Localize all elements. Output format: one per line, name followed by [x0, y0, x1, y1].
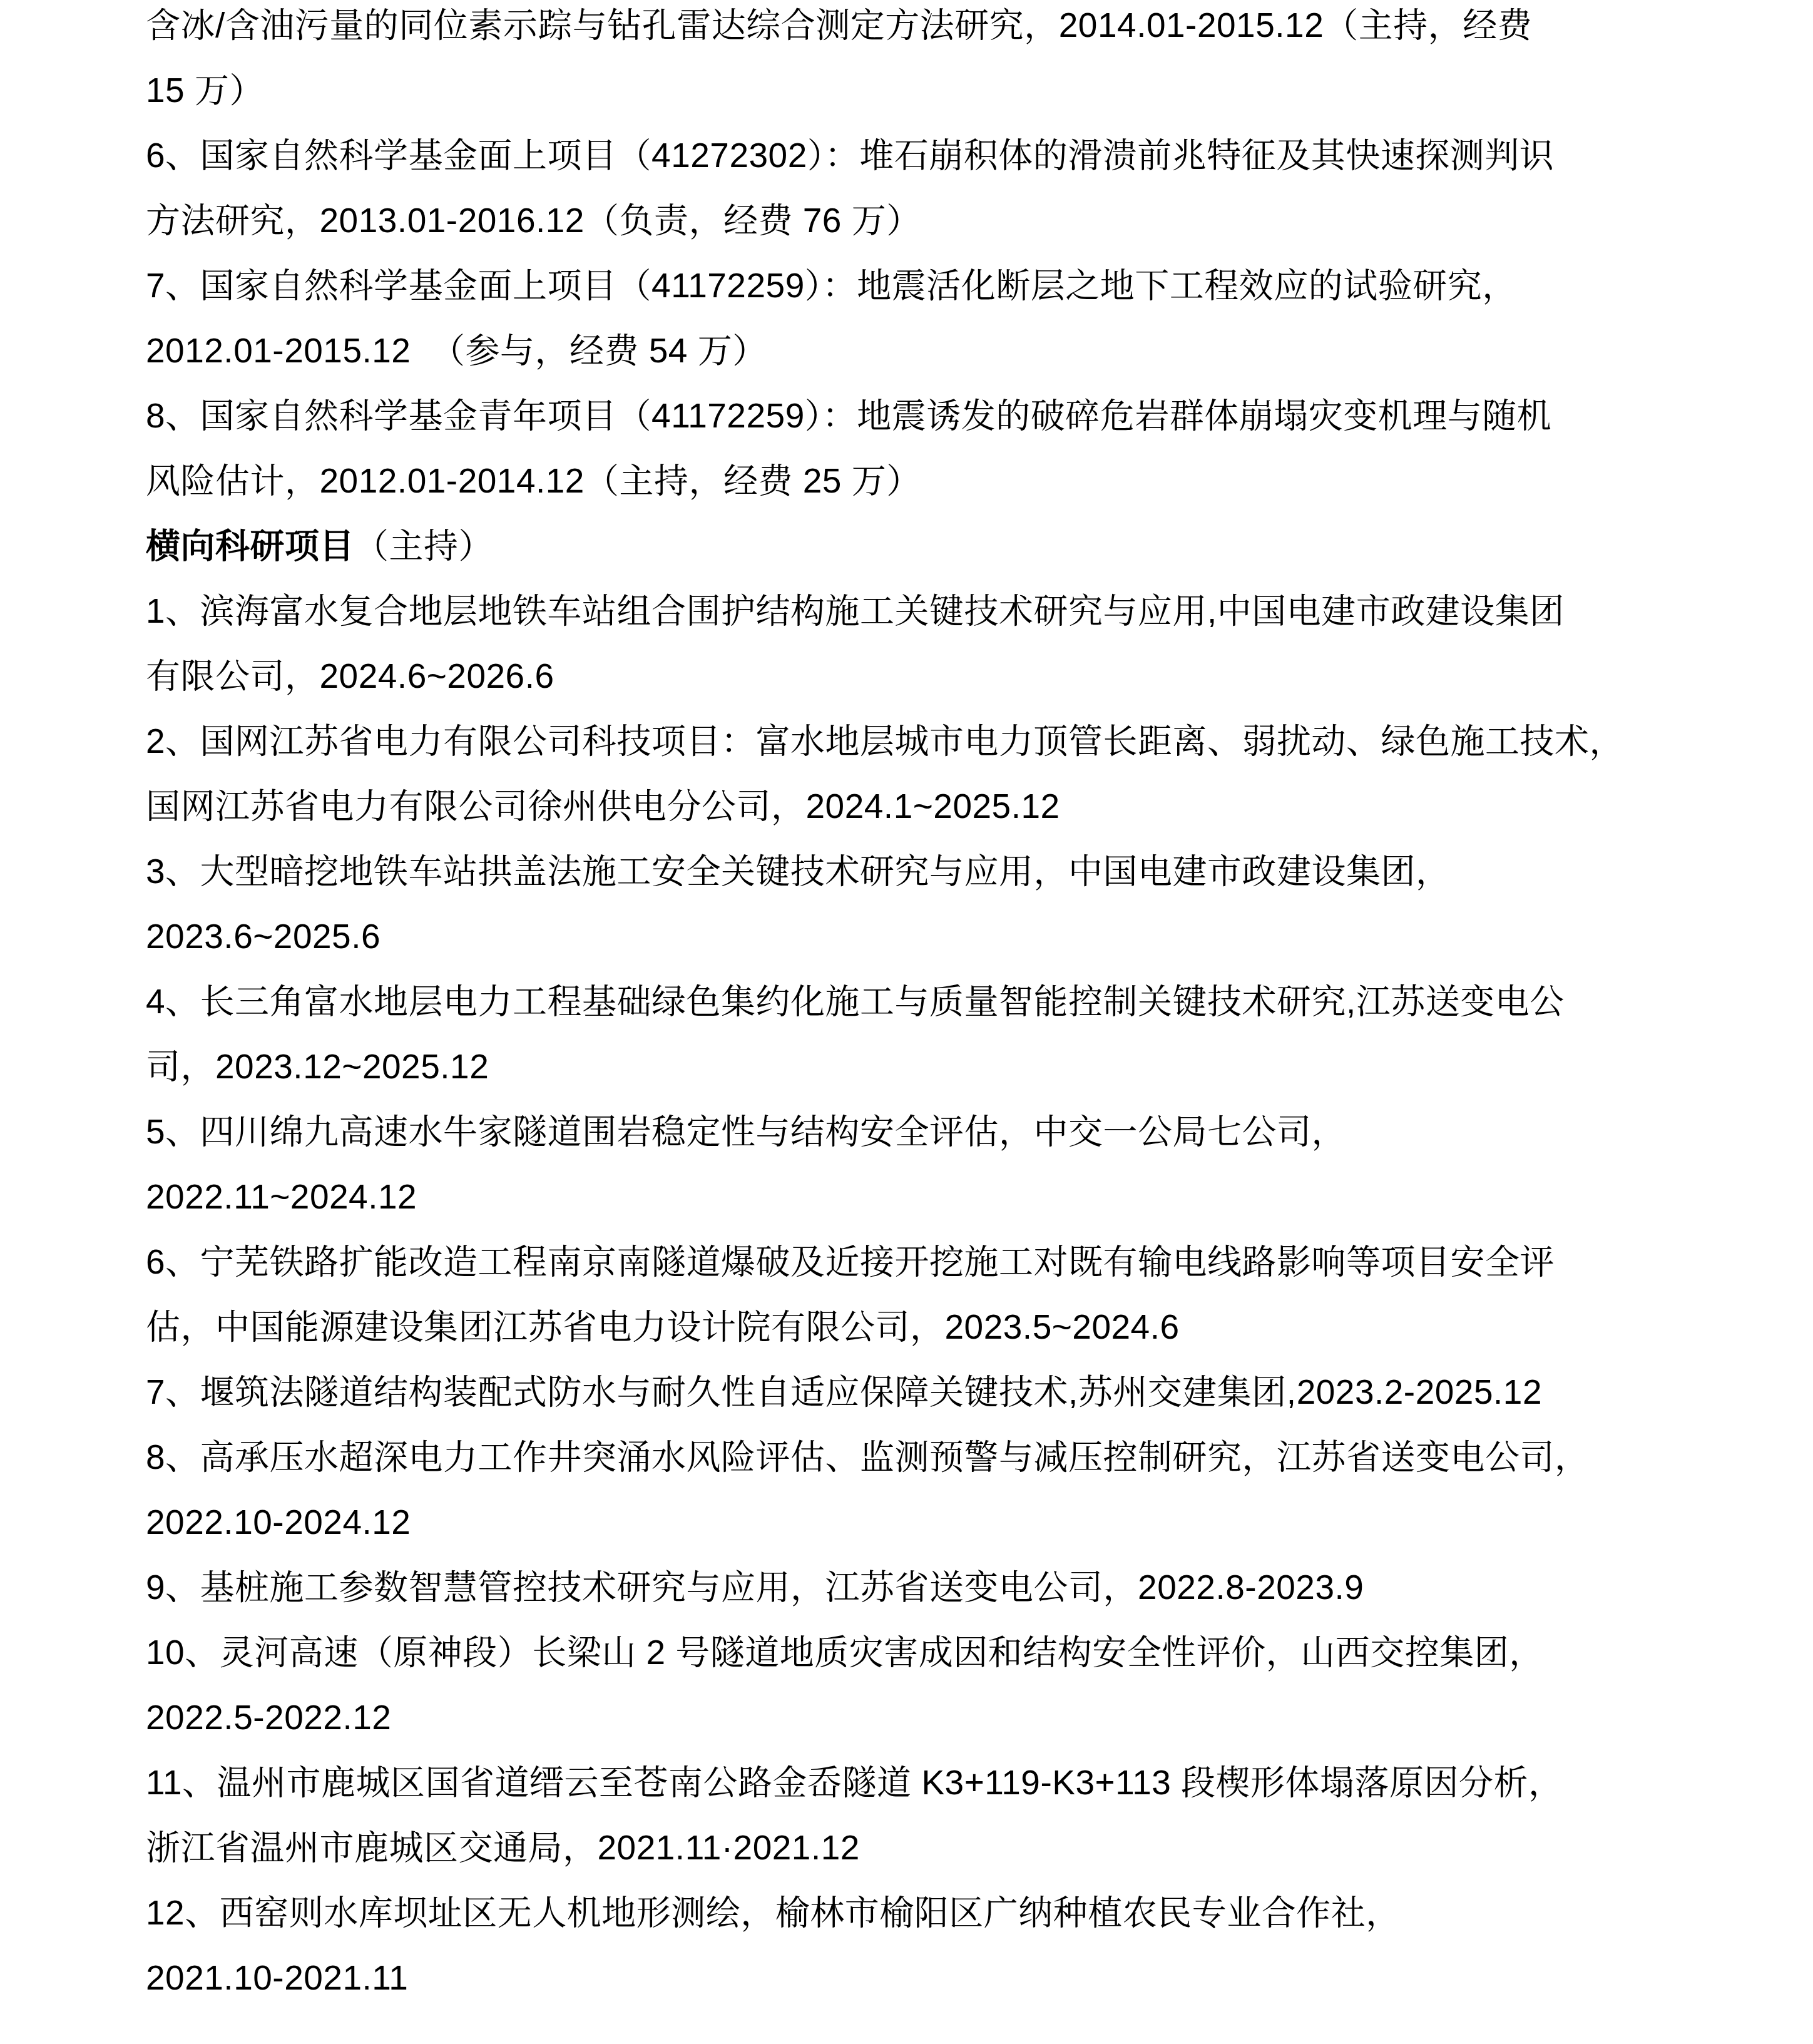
line-text: 11、温州市鹿城区国省道缙云至苍南公路金岙隧道 K3+119-K3+113 段楔…	[146, 1763, 1563, 1802]
text-line: 6、宁芜铁路扩能改造工程南京南隧道爆破及近接开挖施工对既有输电线路影响等项目安全…	[146, 1229, 1648, 1294]
text-line: 司，2023.12~2025.12	[146, 1034, 1648, 1099]
text-line: 2012.01-2015.12 （参与，经费 54 万）	[146, 318, 1648, 383]
line-text: 司，2023.12~2025.12	[146, 1047, 489, 1086]
line-text: 10、灵河高速（原神段）长梁山 2 号隧道地质灾害成因和结构安全性评价，山西交控…	[146, 1633, 1544, 1672]
text-line: 10、灵河高速（原神段）长梁山 2 号隧道地质灾害成因和结构安全性评价，山西交控…	[146, 1620, 1648, 1685]
text-line: 7、国家自然科学基金面上项目（41172259）：地震活化断层之地下工程效应的试…	[146, 253, 1648, 318]
line-text: 含冰/含油污量的同位素示踪与钻孔雷达综合测定方法研究，2014.01-2015.…	[146, 6, 1532, 44]
text-line: 浙江省温州市鹿城区交通局，2021.11·2021.12	[146, 1815, 1648, 1880]
text-line: 含冰/含油污量的同位素示踪与钻孔雷达综合测定方法研究，2014.01-2015.…	[146, 0, 1648, 58]
text-line: 11、温州市鹿城区国省道缙云至苍南公路金岙隧道 K3+119-K3+113 段楔…	[146, 1750, 1648, 1815]
text-line: 3、大型暗挖地铁车站拱盖法施工安全关键技术研究与应用，中国电建市政建设集团，	[146, 839, 1648, 904]
text-line: 5、四川绵九高速水牛家隧道围岩稳定性与结构安全评估，中交一公局七公司，	[146, 1099, 1648, 1164]
line-text: 2022.5-2022.12	[146, 1698, 391, 1737]
text-line: 4、长三角富水地层电力工程基础绿色集约化施工与质量智能控制关键技术研究,江苏送变…	[146, 969, 1648, 1034]
section-heading-bold-text: 横向科研项目	[146, 526, 354, 565]
text-line: 2、国网江苏省电力有限公司科技项目：富水地层城市电力顶管长距离、弱扰动、绿色施工…	[146, 708, 1648, 774]
text-line: 15 万）	[146, 58, 1648, 123]
line-text: 7、堰筑法隧道结构装配式防水与耐久性自适应保障关键技术,苏州交建集团,2023.…	[146, 1372, 1542, 1411]
line-text: 9、基桩施工参数智慧管控技术研究与应用，江苏省送变电公司，2022.8-2023…	[146, 1568, 1364, 1607]
document-body: 含冰/含油污量的同位素示踪与钻孔雷达综合测定方法研究，2014.01-2015.…	[146, 0, 1648, 2010]
line-text: （主持）	[354, 526, 493, 565]
text-line: 2021.10-2021.11	[146, 1945, 1648, 2010]
text-line: 7、堰筑法隧道结构装配式防水与耐久性自适应保障关键技术,苏州交建集团,2023.…	[146, 1359, 1648, 1424]
text-line: 2022.11~2024.12	[146, 1164, 1648, 1229]
line-text: 7、国家自然科学基金面上项目（41172259）：地震活化断层之地下工程效应的试…	[146, 266, 1517, 305]
text-line: 1、滨海富水复合地层地铁车站组合围护结构施工关键技术研究与应用,中国电建市政建设…	[146, 578, 1648, 643]
line-text: 2、国网江苏省电力有限公司科技项目：富水地层城市电力顶管长距离、弱扰动、绿色施工…	[146, 722, 1624, 760]
text-line: 2022.10-2024.12	[146, 1490, 1648, 1555]
line-text: 6、宁芜铁路扩能改造工程南京南隧道爆破及近接开挖施工对既有输电线路影响等项目安全…	[146, 1242, 1555, 1281]
text-line: 8、高承压水超深电力工作井突涌水风险评估、监测预警与减压控制研究，江苏省送变电公…	[146, 1424, 1648, 1490]
line-text: 浙江省温州市鹿城区交通局，2021.11·2021.12	[146, 1828, 860, 1867]
line-text: 2012.01-2015.12 （参与，经费 54 万）	[146, 331, 767, 370]
text-line: 国网江苏省电力有限公司徐州供电分公司，2024.1~2025.12	[146, 774, 1648, 839]
line-text: 2022.10-2024.12	[146, 1503, 411, 1541]
text-line: 横向科研项目（主持）	[146, 513, 1648, 578]
line-text: 国网江苏省电力有限公司徐州供电分公司，2024.1~2025.12	[146, 787, 1060, 825]
line-text: 2022.11~2024.12	[146, 1177, 417, 1216]
text-line: 估，中国能源建设集团江苏省电力设计院有限公司，2023.5~2024.6	[146, 1294, 1648, 1359]
line-text: 12、西窑则水库坝址区无人机地形测绘，榆林市榆阳区广纳种植农民专业合作社，	[146, 1893, 1401, 1932]
line-text: 方法研究，2013.01-2016.12（负责，经费 76 万）	[146, 201, 921, 240]
text-line: 6、国家自然科学基金面上项目（41272302）：堆石崩积体的滑溃前兆特征及其快…	[146, 123, 1648, 188]
line-text: 估，中国能源建设集团江苏省电力设计院有限公司，2023.5~2024.6	[146, 1307, 1180, 1346]
text-line: 2022.5-2022.12	[146, 1685, 1648, 1750]
line-text: 4、长三角富水地层电力工程基础绿色集约化施工与质量智能控制关键技术研究,江苏送变…	[146, 982, 1565, 1021]
line-text: 风险估计，2012.01-2014.12（主持，经费 25 万）	[146, 461, 921, 500]
text-line: 9、基桩施工参数智慧管控技术研究与应用，江苏省送变电公司，2022.8-2023…	[146, 1555, 1648, 1620]
line-text: 8、国家自然科学基金青年项目（41172259）：地震诱发的破碎危岩群体崩塌灾变…	[146, 396, 1551, 435]
line-text: 15 万）	[146, 71, 264, 110]
line-text: 有限公司，2024.6~2026.6	[146, 657, 554, 695]
text-line: 8、国家自然科学基金青年项目（41172259）：地震诱发的破碎危岩群体崩塌灾变…	[146, 383, 1648, 448]
line-text: 3、大型暗挖地铁车站拱盖法施工安全关键技术研究与应用，中国电建市政建设集团，	[146, 852, 1451, 891]
text-line: 风险估计，2012.01-2014.12（主持，经费 25 万）	[146, 448, 1648, 513]
page: { "page": { "background_color": "#ffffff…	[0, 0, 1813, 2044]
line-text: 2021.10-2021.11	[146, 1958, 408, 1997]
text-line: 2023.6~2025.6	[146, 904, 1648, 969]
line-text: 8、高承压水超深电力工作井突涌水风险评估、监测预警与减压控制研究，江苏省送变电公…	[146, 1438, 1590, 1476]
line-text: 6、国家自然科学基金面上项目（41272302）：堆石崩积体的滑溃前兆特征及其快…	[146, 136, 1554, 175]
line-text: 2023.6~2025.6	[146, 917, 380, 956]
text-line: 方法研究，2013.01-2016.12（负责，经费 76 万）	[146, 188, 1648, 253]
text-line: 有限公司，2024.6~2026.6	[146, 643, 1648, 708]
text-line: 12、西窑则水库坝址区无人机地形测绘，榆林市榆阳区广纳种植农民专业合作社，	[146, 1880, 1648, 1945]
line-text: 5、四川绵九高速水牛家隧道围岩稳定性与结构安全评估，中交一公局七公司，	[146, 1112, 1346, 1151]
line-text: 1、滨海富水复合地层地铁车站组合围护结构施工关键技术研究与应用,中国电建市政建设…	[146, 591, 1565, 630]
